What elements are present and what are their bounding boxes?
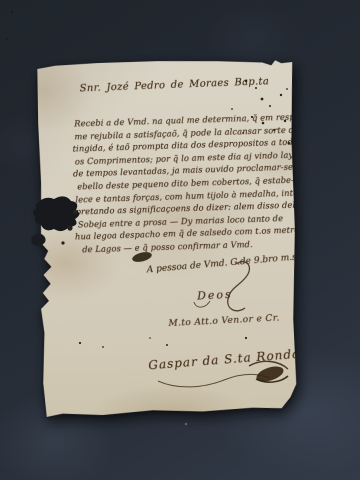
body-line-11: de Lagos — e q̃ posso confirmar a Vmd.: [82, 239, 253, 254]
salutation-line: Snr. Jozé Pedro de Moraes Bap.ta: [80, 76, 270, 94]
photo-background: Snr. Jozé Pedro de Moraes Bap.ta Recebi …: [0, 0, 360, 480]
letter-paper: Snr. Jozé Pedro de Moraes Bap.ta Recebi …: [37, 59, 298, 420]
paper-surface: Snr. Jozé Pedro de Moraes Bap.ta Recebi …: [37, 59, 298, 420]
closing-line: M.to Att.o Ven.or e Cr.: [168, 313, 280, 329]
signature-line: Gaspar da S.ta Rondon: [148, 346, 310, 372]
valediction-word: Deos: [197, 288, 233, 303]
date-line: A pessoa de Vmd. G.de 9.bro m.s an.: [146, 251, 314, 275]
